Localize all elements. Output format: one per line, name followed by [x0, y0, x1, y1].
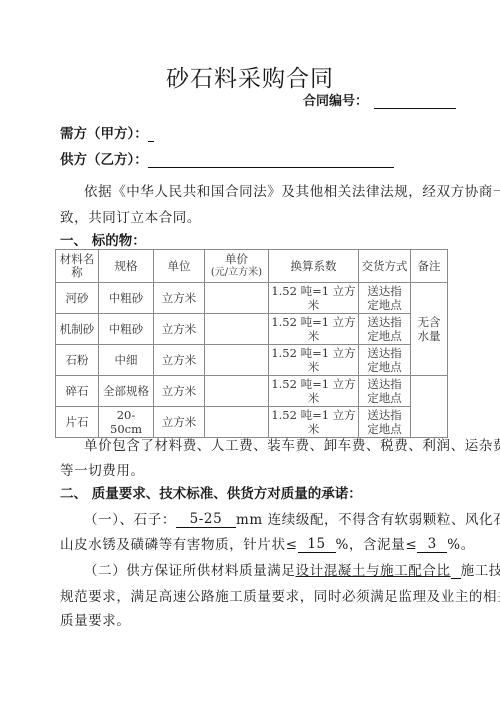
cell-remark-merged-1: 无含水量 — [411, 283, 448, 376]
cell-unit: 立方米 — [154, 376, 205, 407]
intro-paragraph-line1: 依据《中华人民共和国合同法》及其他相关法律法规，经双方协商一 — [84, 180, 500, 200]
price-note-line1: 单价包含了材料费、人工费、装车费、卸车费、税费、利润、运杂费 — [84, 434, 500, 454]
cell-material: 机制砂 — [56, 314, 99, 345]
cell-delivery: 送达指定地点 — [359, 314, 411, 345]
buyer-label: 需方（甲方）： — [60, 126, 148, 142]
contract-title: 砂石料采购合同 — [0, 60, 500, 93]
clause2-underlined-value[interactable]: 设计混凝土与施工配合比 — [296, 563, 451, 579]
cell-price[interactable] — [205, 314, 269, 345]
header-price: 单价 (元/立方米) — [205, 250, 269, 283]
table-row: 石粉 中细 立方米 1.52 吨=1 立方米 送达指定地点 — [56, 345, 448, 376]
cell-conversion: 1.52 吨=1 立方米 — [269, 345, 359, 376]
clause2-line1: （二）供方保证所供材料质量满足设计混凝土与施工配合比施工技术 — [84, 559, 500, 579]
cell-price[interactable] — [205, 407, 269, 438]
cell-conversion: 1.52 吨=1 立方米 — [269, 407, 359, 438]
clause2-suffix: 施工技术 — [461, 563, 500, 579]
contract-number-field[interactable] — [374, 94, 456, 109]
clause2-line3: 质量要求。 — [60, 609, 131, 629]
stone-size-field[interactable]: 5-25 — [176, 511, 236, 528]
cell-material: 河砂 — [56, 283, 99, 314]
clause1-line1: （一）、石子：5-25mm 连续级配，不得含有软弱颗粒、风化石、 — [84, 508, 500, 528]
contract-number-label: 合同编号： — [303, 94, 368, 109]
cell-remark-merged-2 — [411, 376, 448, 438]
section-heading-subject: 一、 标的物： — [60, 229, 146, 249]
intro-paragraph-line2: 致，共同订立本合同。 — [60, 206, 201, 226]
cell-spec: 20-50cm — [99, 407, 154, 438]
clause1-line2-prefix: 山皮水锈及磺磷等有害物质，针片状≤ — [60, 537, 298, 553]
cell-unit: 立方米 — [154, 283, 205, 314]
clause2-line2: 规范要求，满足高速公路施工质量要求，同时必须满足监理及业主的相关 — [60, 585, 500, 605]
supplier-label: 供方（乙方）： — [60, 152, 148, 168]
table-row: 片石 20-50cm 立方米 1.52 吨=1 立方米 送达指定地点 — [56, 407, 448, 438]
cell-spec: 全部规格 — [99, 376, 154, 407]
table-header-row: 材料名称 规格 单位 单价 (元/立方米) 换算系数 交货方式 备注 — [56, 250, 448, 283]
header-price-unit: (元/立方米) — [207, 266, 266, 279]
table-row: 碎石 全部规格 立方米 1.52 吨=1 立方米 送达指定地点 — [56, 376, 448, 407]
clause1-line2: 山皮水锈及磺磷等有害物质，针片状≤15%，含泥量≤3%。 — [60, 533, 475, 553]
header-price-label: 单价 — [207, 253, 266, 266]
cell-conversion: 1.52 吨=1 立方米 — [269, 283, 359, 314]
clause1-line2-mid: %，含泥量≤ — [336, 537, 418, 553]
cell-conversion: 1.52 吨=1 立方米 — [269, 376, 359, 407]
cell-price[interactable] — [205, 283, 269, 314]
price-note-line2: 等一切费用。 — [60, 459, 145, 479]
buyer-line: 需方（甲方）： — [60, 122, 154, 142]
clause2-blank — [451, 564, 461, 579]
materials-table: 材料名称 规格 单位 单价 (元/立方米) 换算系数 交货方式 备注 河砂 中粗… — [55, 249, 448, 438]
clause2-prefix: （二）供方保证所供材料质量满足 — [84, 563, 296, 579]
cell-spec: 中细 — [99, 345, 154, 376]
clause1-after-size: mm 连续级配，不得含有软弱颗粒、风化石、 — [236, 512, 500, 528]
cell-price[interactable] — [205, 345, 269, 376]
cell-delivery: 送达指定地点 — [359, 407, 411, 438]
cell-conversion: 1.52 吨=1 立方米 — [269, 314, 359, 345]
flaky-content-field[interactable]: 15 — [298, 536, 336, 553]
supplier-line: 供方（乙方）： — [60, 148, 394, 168]
cell-spec: 中粗砂 — [99, 283, 154, 314]
cell-unit: 立方米 — [154, 314, 205, 345]
header-remark: 备注 — [411, 250, 448, 283]
clause1-prefix: （一）、石子： — [84, 512, 176, 528]
header-conversion: 换算系数 — [269, 250, 359, 283]
header-unit: 单位 — [154, 250, 205, 283]
cell-delivery: 送达指定地点 — [359, 345, 411, 376]
cell-unit: 立方米 — [154, 407, 205, 438]
cell-price[interactable] — [205, 376, 269, 407]
cell-unit: 立方米 — [154, 345, 205, 376]
cell-delivery: 送达指定地点 — [359, 376, 411, 407]
section-heading-quality: 二、 质量要求、技术标准、供货方对质量的承诺： — [60, 482, 362, 502]
header-material: 材料名称 — [56, 250, 99, 283]
mud-content-field[interactable]: 3 — [417, 536, 447, 553]
header-spec: 规格 — [99, 250, 154, 283]
clause1-line2-end: %。 — [447, 537, 475, 553]
supplier-field[interactable] — [148, 153, 394, 168]
buyer-field[interactable] — [148, 127, 154, 142]
table-row: 机制砂 中粗砂 立方米 1.52 吨=1 立方米 送达指定地点 — [56, 314, 448, 345]
cell-delivery: 送达指定地点 — [359, 283, 411, 314]
header-delivery: 交货方式 — [359, 250, 411, 283]
contract-number-line: 合同编号： — [303, 90, 456, 109]
table-row: 河砂 中粗砂 立方米 1.52 吨=1 立方米 送达指定地点 无含水量 — [56, 283, 448, 314]
cell-material: 片石 — [56, 407, 99, 438]
cell-material: 石粉 — [56, 345, 99, 376]
cell-material: 碎石 — [56, 376, 99, 407]
cell-spec: 中粗砂 — [99, 314, 154, 345]
